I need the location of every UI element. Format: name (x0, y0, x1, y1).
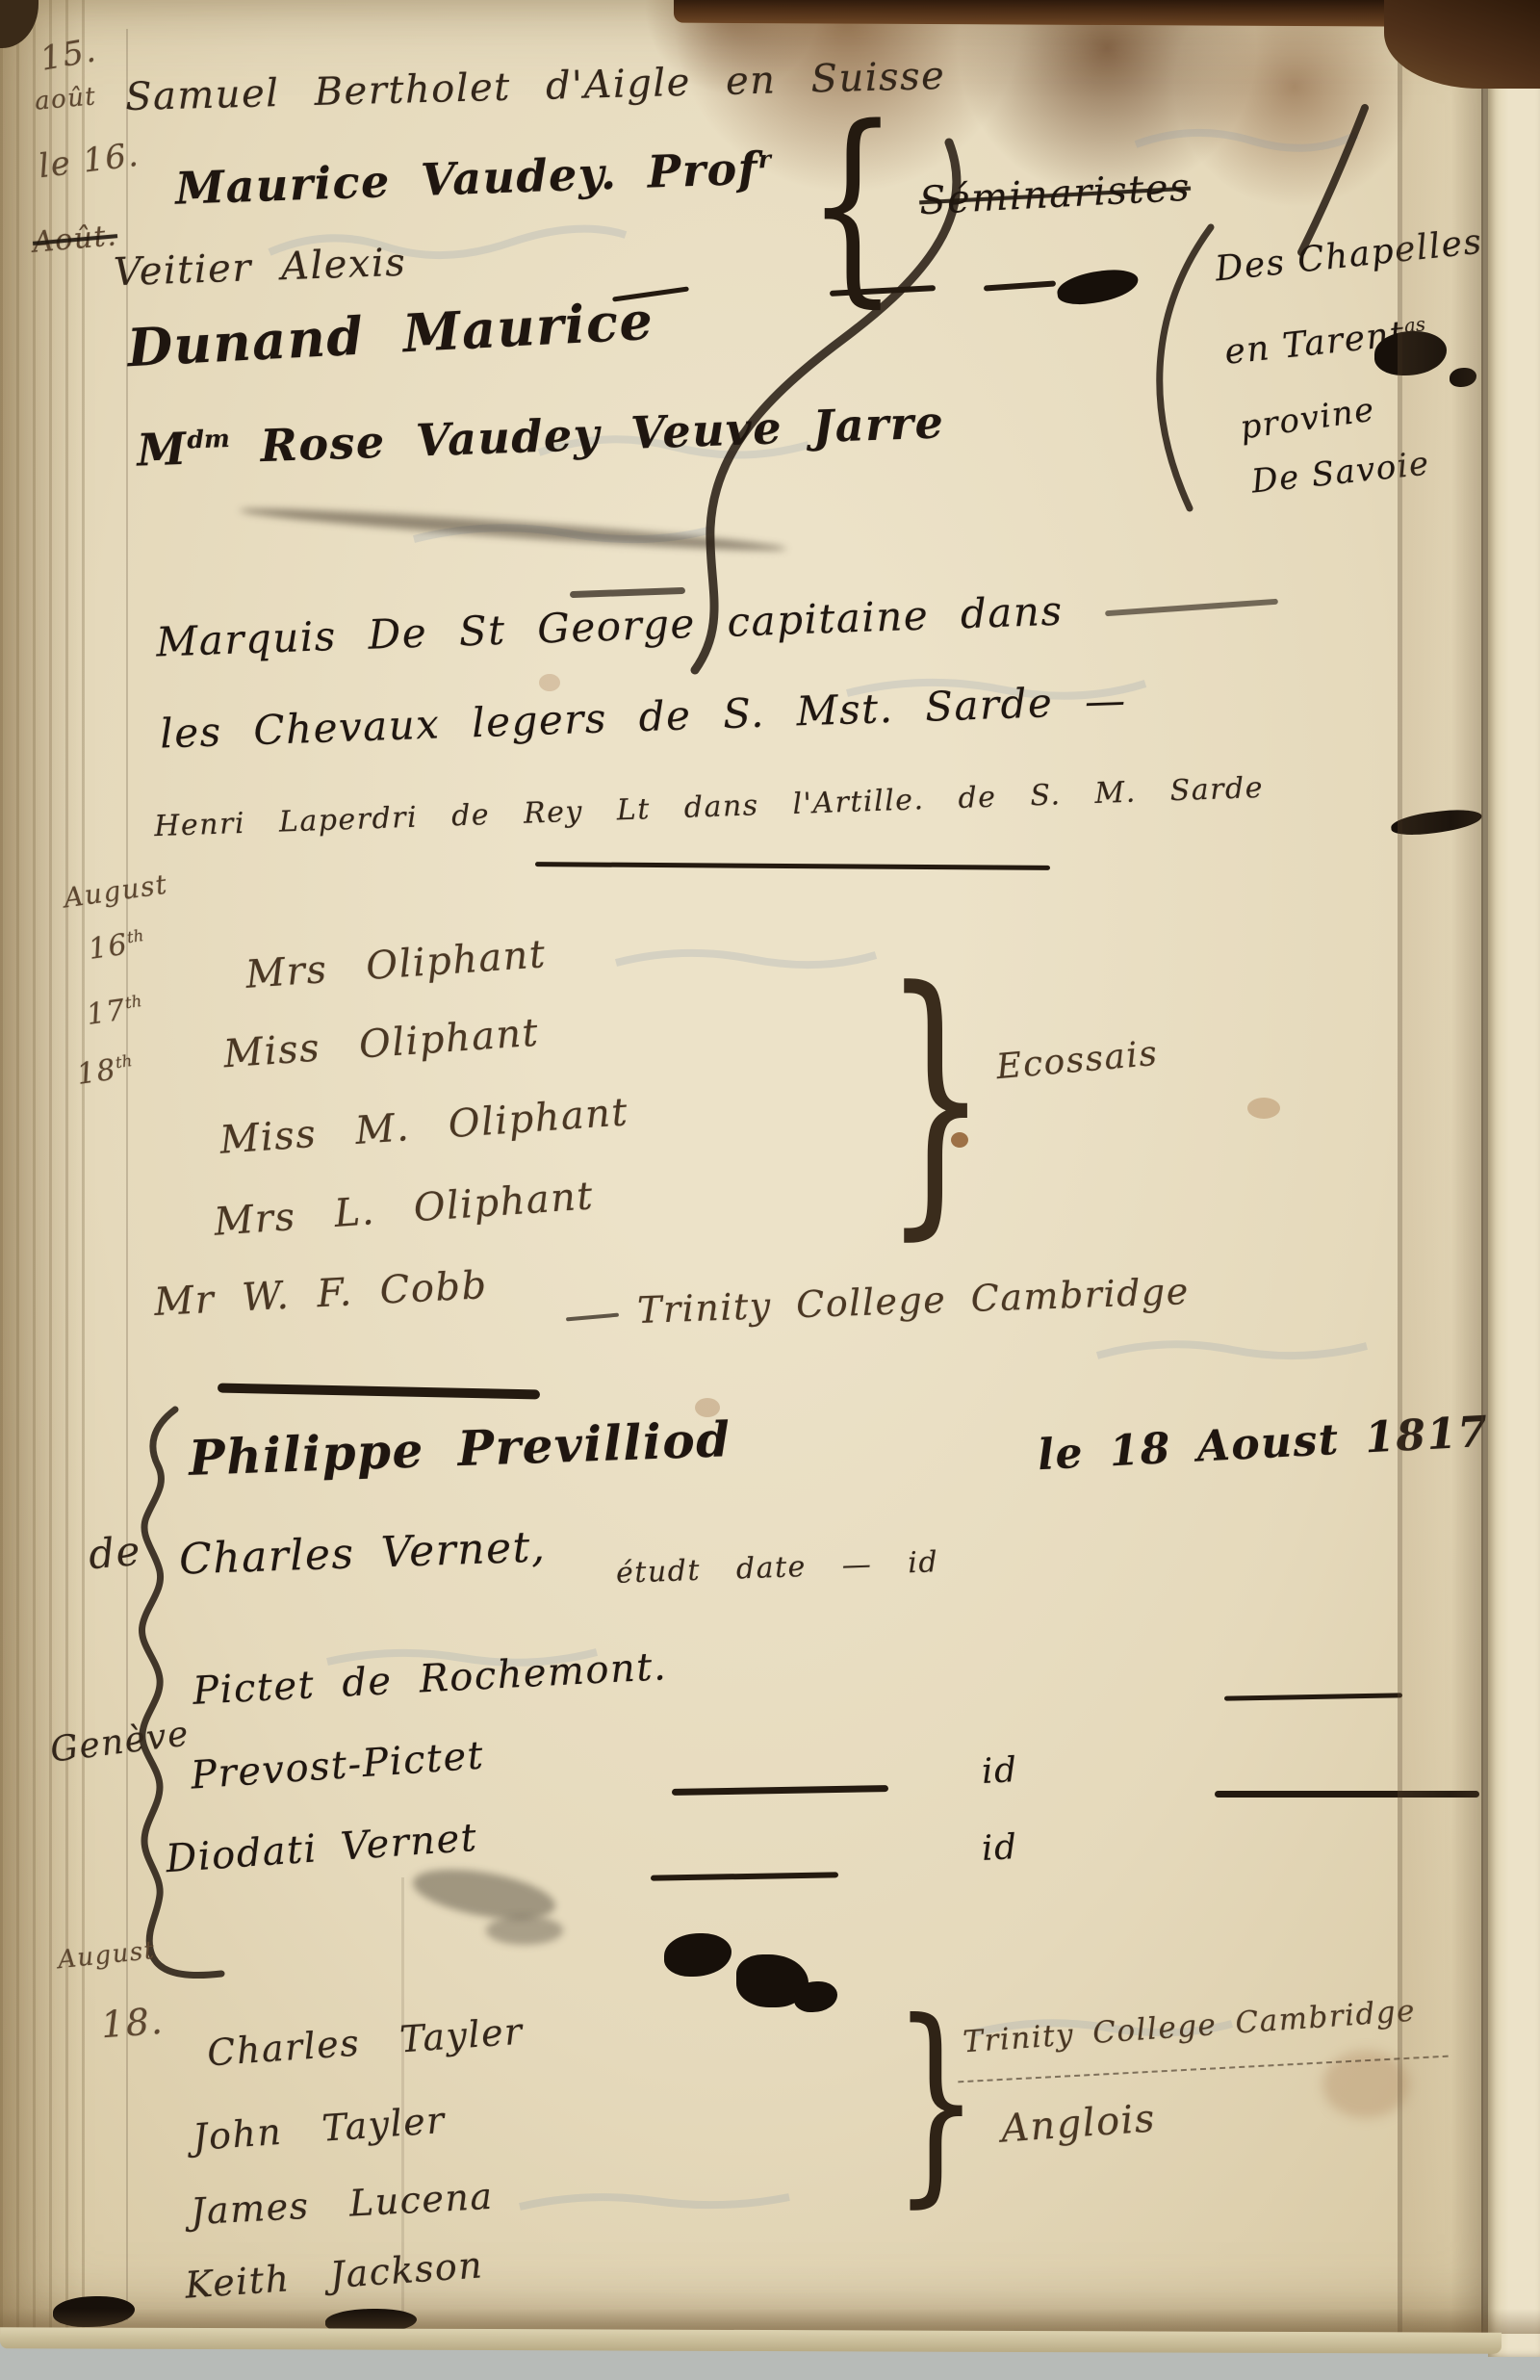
ink-smudge (486, 1916, 563, 1945)
page-fold-shadow (1402, 0, 1483, 2340)
register-scan-photo: 15. août Samuel Bertholet d'Aigle en Sui… (0, 0, 1540, 2380)
margin-date-aug16-month: Août. (32, 221, 118, 258)
margin-day-17-suffix: th (124, 992, 143, 1012)
pen-flourish-slash (1301, 108, 1365, 252)
entry-diodati-id: id (981, 1830, 1018, 1867)
register-page: 15. août Samuel Bertholet d'Aigle en Sui… (0, 0, 1540, 2338)
bleedthrough-mark (520, 2197, 789, 2207)
group-brace-seminaristes: { (807, 100, 898, 310)
bleedthrough-mark (1097, 1344, 1367, 1356)
bleedthrough-mark (1136, 133, 1357, 148)
entry-rose-sup: dm (187, 424, 230, 454)
entry-prevost-id: id (981, 1753, 1018, 1790)
margin-day-18-suffix: th (115, 1051, 134, 1072)
bleedthrough-mark (616, 953, 876, 965)
margin-day-17-num: 17 (85, 994, 129, 1032)
entry-veitier: Veitier Alexis (113, 244, 407, 293)
margin-day-16-num: 16 (87, 928, 131, 967)
margin-date-aug15-month: août (34, 84, 97, 115)
margin-day-16-suffix: th (126, 926, 145, 946)
group-brace-oliphant: } (884, 955, 988, 1242)
entry-rose-initial: M (136, 423, 188, 477)
next-page-edge (1488, 12, 1540, 2357)
margin-aug18-day: 18. (100, 2003, 165, 2043)
margin-day-18-num: 18 (75, 1053, 119, 1092)
pen-flourish-paren (1160, 227, 1211, 508)
entry-vernet: Charles Vernet, (178, 1526, 547, 1581)
margin-geneva-de: de (87, 1531, 142, 1576)
margin-date-aug15-day: 15. (38, 34, 99, 76)
annotation-anglois: Anglois (1000, 2099, 1157, 2148)
entry-vaudey-sup: r (757, 144, 771, 173)
page-gap-shadow (1481, 0, 1488, 2349)
